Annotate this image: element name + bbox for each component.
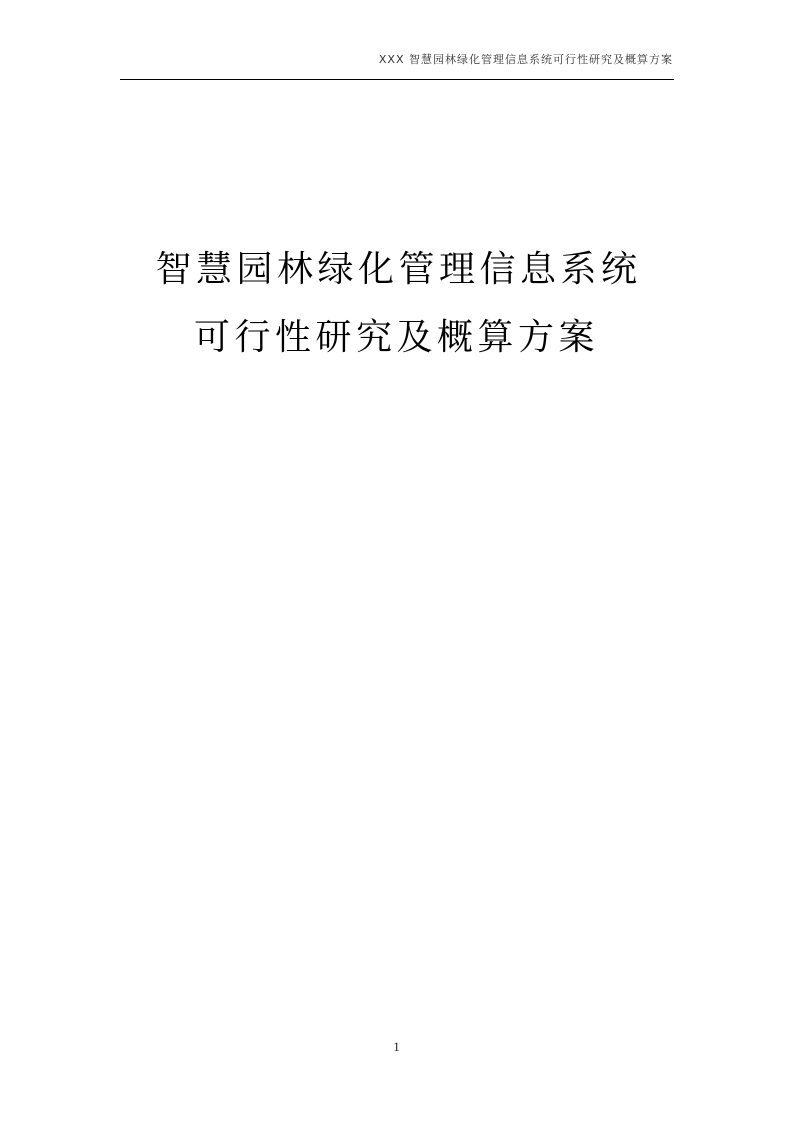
header-divider — [120, 79, 674, 80]
title-line-1: 智慧园林绿化管理信息系统 — [0, 236, 793, 304]
running-header: XXX 智慧园林绿化管理信息系统可行性研究及概算方案 — [379, 53, 673, 67]
page-number: 1 — [0, 1039, 793, 1055]
title-line-2: 可行性研究及概算方案 — [0, 304, 793, 372]
cover-title: 智慧园林绿化管理信息系统 可行性研究及概算方案 — [0, 236, 793, 372]
document-page: XXX 智慧园林绿化管理信息系统可行性研究及概算方案 智慧园林绿化管理信息系统 … — [0, 0, 793, 1122]
